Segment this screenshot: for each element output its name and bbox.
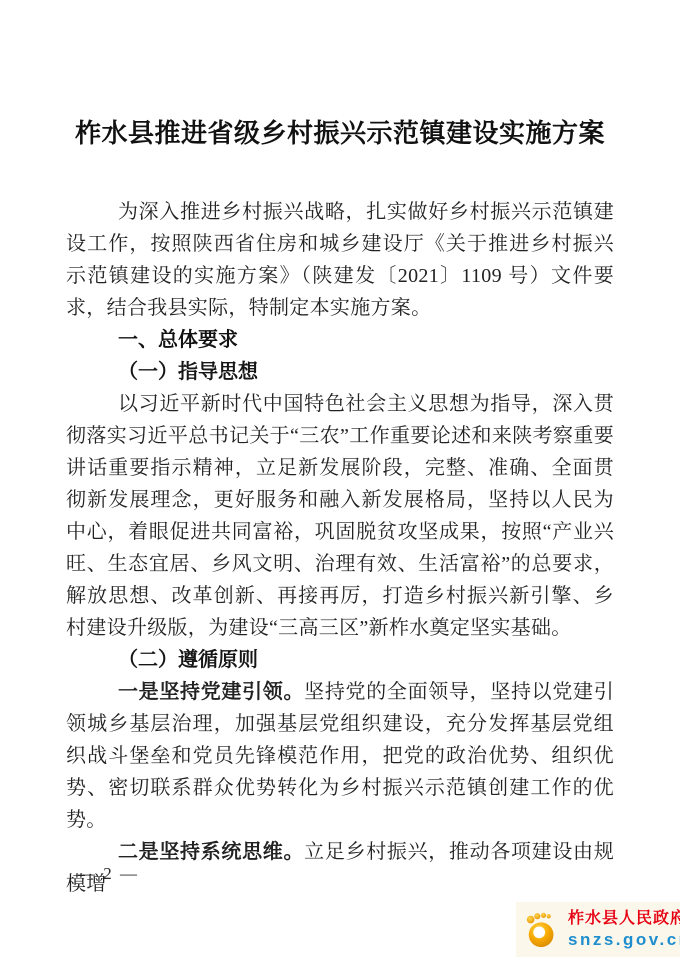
document-content: 柞水县推进省级乡村振兴示范镇建设实施方案 为深入推进乡村振兴战略，扎实做好乡村振… xyxy=(66,116,614,900)
government-website-url: snzs.gov.cn xyxy=(568,931,680,948)
subsection-heading-principles: （二）遵循原则 xyxy=(66,644,614,676)
principle-1-paragraph: 一是坚持党建引领。坚持党的全面领导，坚持以党建引领城乡基层治理，加强基层党组织建… xyxy=(66,676,614,836)
footprint-icon xyxy=(524,910,562,950)
document-body: 为深入推进乡村振兴战略，扎实做好乡村振兴示范镇建设工作，按照陕西省住房和城乡建设… xyxy=(66,196,614,900)
guiding-ideology-paragraph: 以习近平新时代中国特色社会主义思想为指导，深入贯彻落实习近平总书记关于“三农”工… xyxy=(66,388,614,644)
government-name-label: 柞水县人民政府 xyxy=(568,911,680,927)
principle-1-lead: 一是坚持党建引领。 xyxy=(118,681,304,703)
principle-2-lead: 二是坚持系统思维。 xyxy=(118,841,304,863)
intro-paragraph: 为深入推进乡村振兴战略，扎实做好乡村振兴示范镇建设工作，按照陕西省住房和城乡建设… xyxy=(66,196,614,324)
subsection-heading-guiding-ideology: （一）指导思想 xyxy=(66,356,614,388)
logo-text-block: 柞水县人民政府 snzs.gov.cn xyxy=(568,911,680,948)
scanned-document-page: 柞水县推进省级乡村振兴示范镇建设实施方案 为深入推进乡村振兴战略，扎实做好乡村振… xyxy=(0,0,680,960)
principle-2-paragraph: 二是坚持系统思维。立足乡村振兴，推动各项建设由规模增 xyxy=(66,836,614,900)
document-title: 柞水县推进省级乡村振兴示范镇建设实施方案 xyxy=(66,116,614,152)
principle-1-text: 坚持党的全面领导，坚持以党建引领城乡基层治理，加强基层党组织建设，充分发挥基层党… xyxy=(66,681,614,831)
page-number: — 2 — xyxy=(78,864,139,884)
government-logo-watermark: 柞水县人民政府 snzs.gov.cn xyxy=(516,902,680,957)
section-heading-overall-requirements: 一、总体要求 xyxy=(66,324,614,356)
